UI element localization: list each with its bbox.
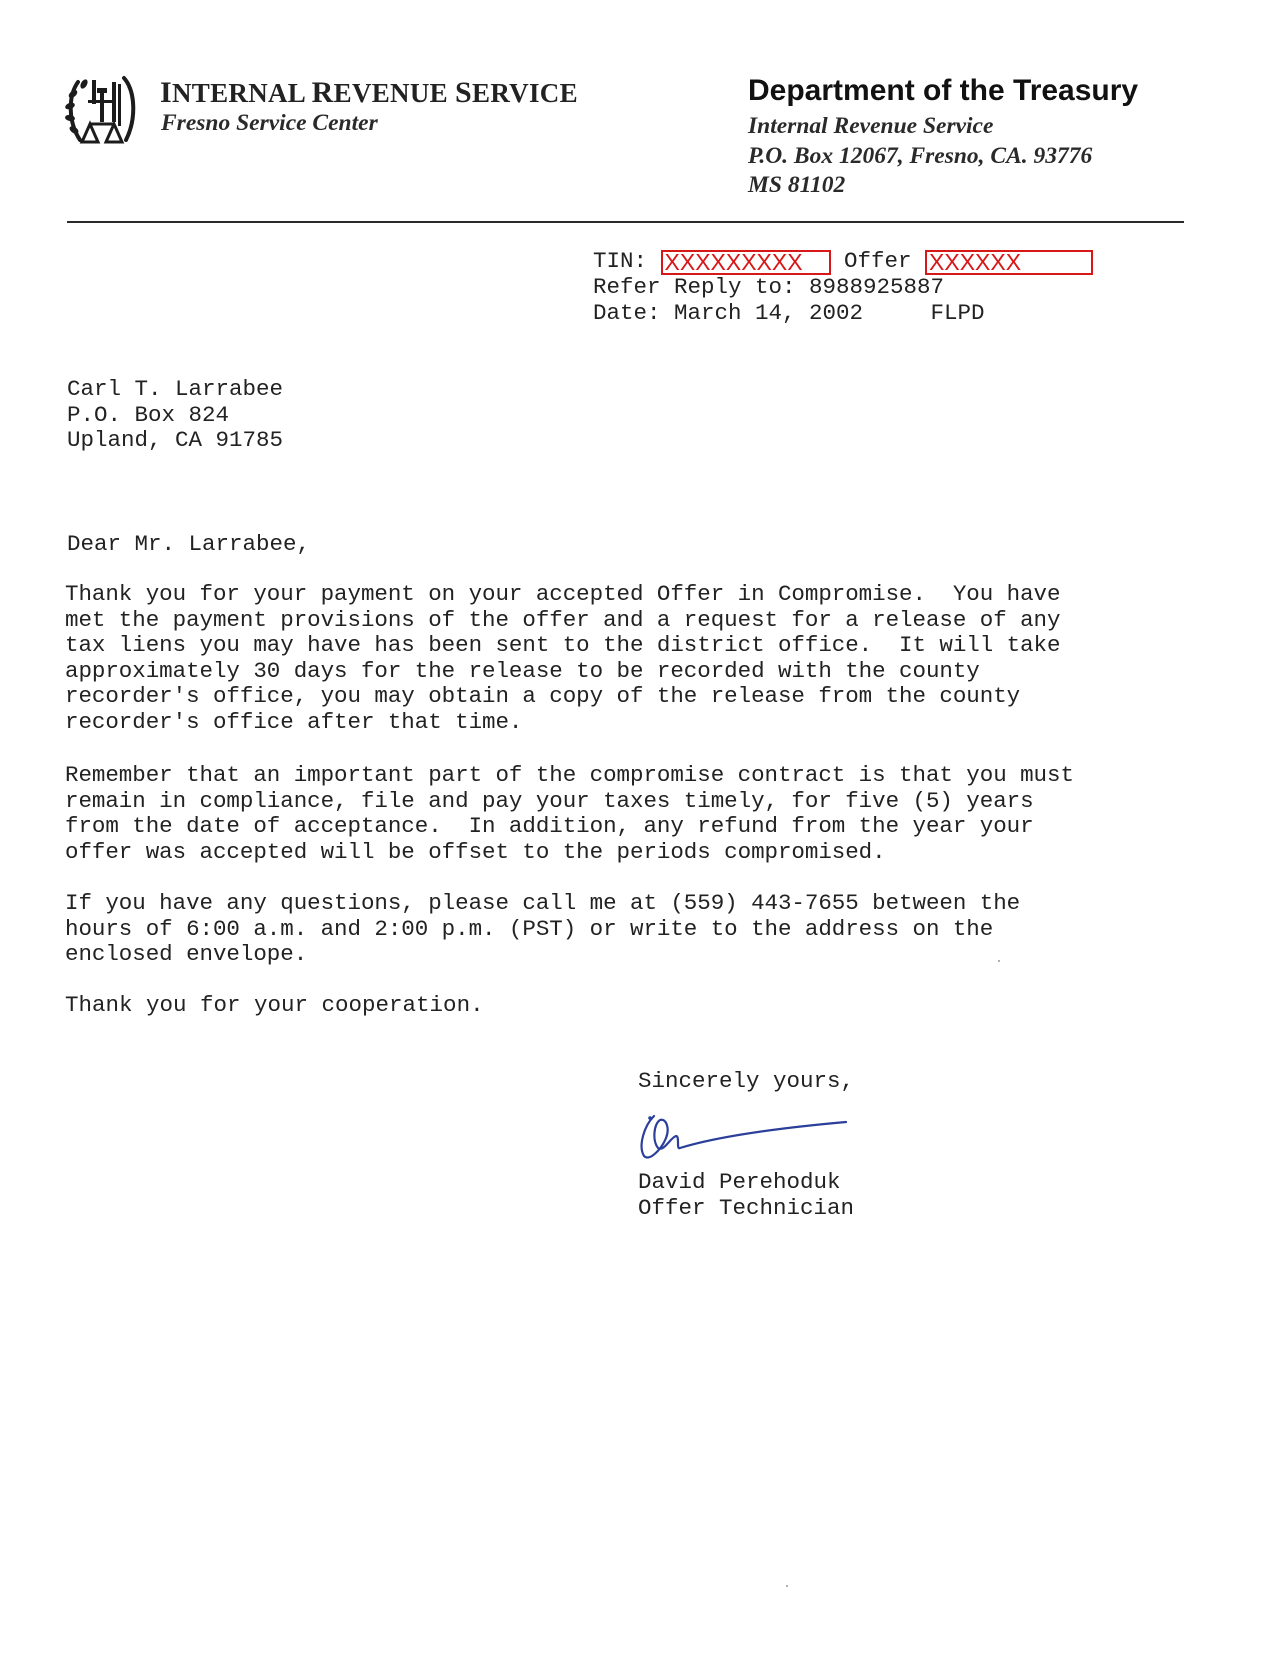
- tin-redaction: XXXXXXXXX: [661, 250, 831, 275]
- title-rest: EVENUE: [334, 78, 455, 108]
- department-line: Internal Revenue Service: [748, 113, 993, 140]
- department-mail-stop: MS 81102: [748, 172, 845, 199]
- irs-logo-icon: [64, 70, 140, 148]
- closing-thanks: Thank you for your cooperation.: [65, 993, 484, 1019]
- recipient-address-line2: Upland, CA 91785: [67, 427, 283, 453]
- offer-redaction: XXXXXX: [925, 250, 1093, 275]
- title-cap: R: [312, 76, 334, 109]
- recipient-address-line1: P.O. Box 824: [67, 402, 229, 428]
- reference-block: TIN: XXXXXXXXX Offer XXXXXX Refer Reply …: [593, 249, 1093, 326]
- body-paragraph: If you have any questions, please call m…: [65, 891, 1020, 968]
- signature-icon: [636, 1108, 856, 1168]
- title-cap: S: [455, 76, 472, 109]
- title-rest: ERVICE: [472, 78, 578, 108]
- department-address: P.O. Box 12067, Fresno, CA. 93776: [748, 143, 1092, 170]
- date-line: Date: March 14, 2002 FLPD: [593, 300, 985, 326]
- complimentary-close: Sincerely yours,: [638, 1069, 854, 1095]
- signer-title: Offer Technician: [638, 1195, 854, 1221]
- title-cap: I: [160, 76, 172, 109]
- body-paragraph: Thank you for your payment on your accep…: [65, 582, 1060, 736]
- service-center-subtitle: Fresno Service Center: [161, 110, 378, 137]
- letterhead-divider: [67, 221, 1184, 223]
- offer-label: Offer: [831, 248, 926, 274]
- refer-reply-line: Refer Reply to: 8988925887: [593, 274, 944, 300]
- scan-speck: [998, 960, 1000, 962]
- recipient-address: Carl T. Larrabee P.O. Box 824 Upland, CA…: [67, 377, 283, 454]
- title-rest: NTERNAL: [172, 78, 312, 108]
- recipient-name: Carl T. Larrabee: [67, 376, 283, 402]
- tin-label: TIN:: [593, 248, 661, 274]
- salutation: Dear Mr. Larrabee,: [67, 532, 310, 558]
- signer-name: David Perehoduk: [638, 1169, 841, 1195]
- scan-speck: [786, 1585, 788, 1587]
- signer-block: David Perehoduk Offer Technician: [638, 1170, 854, 1221]
- department-title: Department of the Treasury: [748, 74, 1138, 108]
- irs-title: INTERNAL REVENUE SERVICE: [160, 76, 578, 110]
- body-paragraph: Remember that an important part of the c…: [65, 763, 1074, 865]
